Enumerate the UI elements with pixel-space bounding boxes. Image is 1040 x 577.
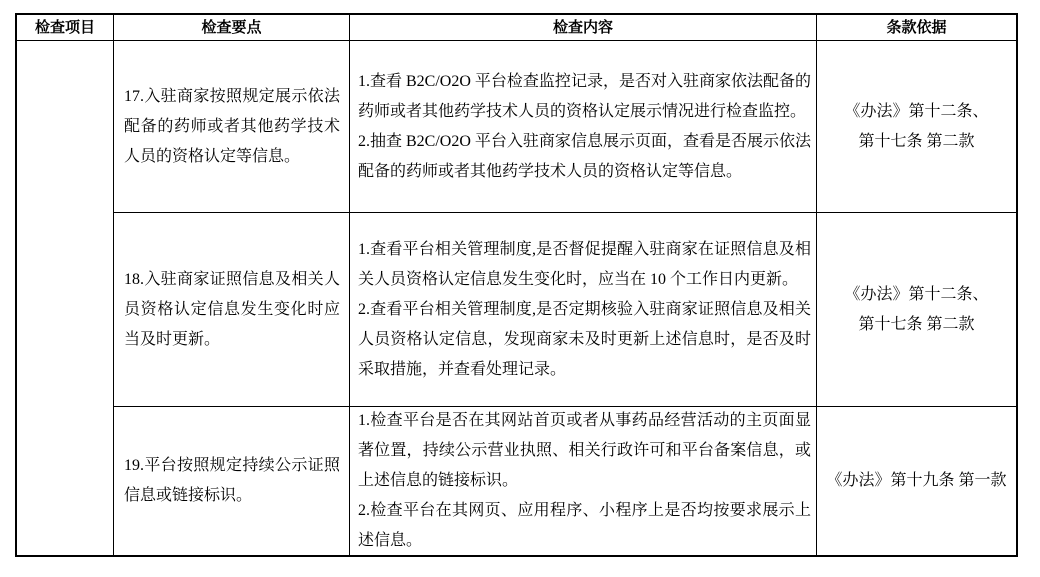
keypoint-text-19: 19.平台按照规定持续公示证照信息或链接标识。: [124, 451, 340, 511]
document-page: 检查项目 检查要点 检查内容 条款依据 17.入驻商家按照规定展示依法配备的药师…: [0, 0, 1040, 577]
content-item: 2.查看平台相关管理制度,是否定期核验入驻商家证照信息及相关人员资格认定信息，发…: [358, 295, 811, 385]
content-item: 1.查看 B2C/O2O 平台检查监控记录，是否对入驻商家依法配备的药师或者其他…: [358, 67, 811, 127]
basis-cell-19: 《办法》第十九条 第一款: [817, 407, 1016, 555]
keypoint-text-18: 18.入驻商家证照信息及相关人员资格认定信息发生变化时应当及时更新。: [124, 265, 340, 355]
basis-line: 第十七条 第二款: [858, 310, 974, 340]
content-item: 1.查看平台相关管理制度,是否督促提醒入驻商家在证照信息及相关人员资格认定信息发…: [358, 235, 811, 295]
header-inspection-content-label: 检查内容: [553, 16, 613, 40]
keypoint-cell-17: 17.入驻商家按照规定展示依法配备的药师或者其他药学技术人员的资格认定等信息。: [114, 41, 350, 213]
header-clause-basis: 条款依据: [817, 15, 1016, 41]
header-inspection-item: 检查项目: [17, 15, 114, 41]
keypoint-cell-19: 19.平台按照规定持续公示证照信息或链接标识。: [114, 407, 350, 555]
basis-line: 《办法》第十二条、: [844, 280, 988, 310]
content-cell-17: 1.查看 B2C/O2O 平台检查监控记录，是否对入驻商家依法配备的药师或者其他…: [350, 41, 817, 213]
content-item: 2.抽查 B2C/O2O 平台入驻商家信息展示页面，查看是否展示依法配备的药师或…: [358, 127, 811, 187]
basis-cell-17: 《办法》第十二条、 第十七条 第二款: [817, 41, 1016, 213]
header-clause-basis-label: 条款依据: [886, 16, 946, 40]
content-item: 1.检查平台是否在其网站首页或者从事药品经营活动的主页面显著位置，持续公示营业执…: [358, 407, 811, 496]
basis-line: 《办法》第十二条、: [844, 97, 988, 127]
content-item: 2.检查平台在其网页、应用程序、小程序上是否均按要求展示上述信息。: [358, 496, 811, 555]
inspection-checklist-table: 检查项目 检查要点 检查内容 条款依据 17.入驻商家按照规定展示依法配备的药师…: [15, 13, 1018, 557]
keypoint-text-17: 17.入驻商家按照规定展示依法配备的药师或者其他药学技术人员的资格认定等信息。: [124, 82, 340, 172]
basis-line: 第十七条 第二款: [858, 127, 974, 157]
header-key-points-label: 检查要点: [201, 16, 261, 40]
keypoint-cell-18: 18.入驻商家证照信息及相关人员资格认定信息发生变化时应当及时更新。: [114, 213, 350, 407]
basis-cell-18: 《办法》第十二条、 第十七条 第二款: [817, 213, 1016, 407]
content-cell-18: 1.查看平台相关管理制度,是否督促提醒入驻商家在证照信息及相关人员资格认定信息发…: [350, 213, 817, 407]
header-key-points: 检查要点: [114, 15, 350, 41]
header-inspection-content: 检查内容: [350, 15, 817, 41]
header-inspection-item-label: 检查项目: [35, 16, 95, 40]
inspection-item-merged-cell: [17, 41, 114, 555]
content-cell-19: 1.检查平台是否在其网站首页或者从事药品经营活动的主页面显著位置，持续公示营业执…: [350, 407, 817, 555]
basis-line: 《办法》第十九条 第一款: [826, 466, 1006, 496]
